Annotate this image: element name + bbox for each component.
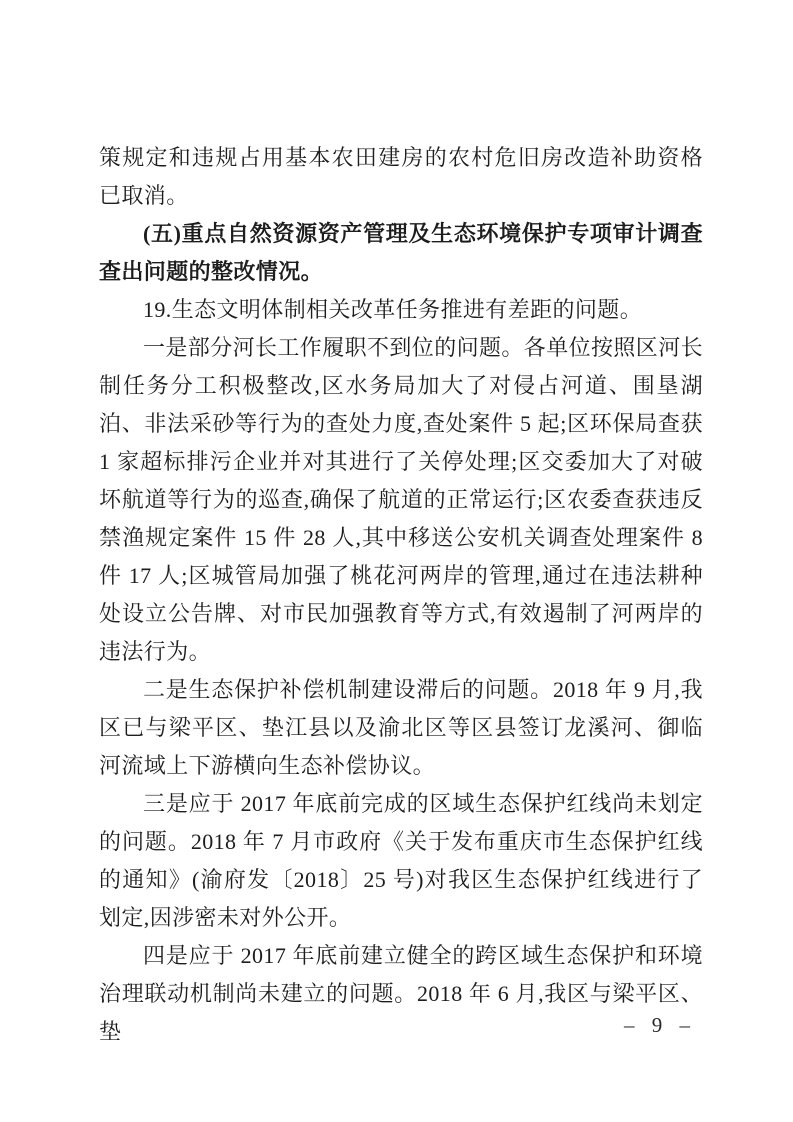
page-number: – 9 –: [624, 1012, 696, 1038]
paragraph-section-heading: (五)重点自然资源资产管理及生态环境保护专项审计调查查出问题的整改情况。: [99, 215, 703, 291]
paragraph-body: 三是应于 2017 年底前完成的区域生态保护红线尚未划定的问题。2018 年 7…: [99, 785, 703, 937]
paragraph-body: 四是应于 2017 年底前建立健全的跨区域生态保护和环境治理联动机制尚未建立的问…: [99, 937, 703, 1051]
paragraph-body: 二是生态保护补偿机制建设滞后的问题。2018 年 9 月,我区已与梁平区、垫江县…: [99, 671, 703, 785]
document-page: 策规定和违规占用基本农田建房的农村危旧房改造补助资格已取消。(五)重点自然资源资…: [0, 0, 793, 1122]
document-body: 策规定和违规占用基本农田建房的农村危旧房改造补助资格已取消。(五)重点自然资源资…: [99, 139, 703, 1051]
paragraph-item-heading: 19.生态文明体制相关改革任务推进有差距的问题。: [99, 291, 703, 329]
paragraph-body-continuation: 策规定和违规占用基本农田建房的农村危旧房改造补助资格已取消。: [99, 139, 703, 215]
paragraph-body: 一是部分河长工作履职不到位的问题。各单位按照区河长制任务分工积极整改,区水务局加…: [99, 329, 703, 671]
